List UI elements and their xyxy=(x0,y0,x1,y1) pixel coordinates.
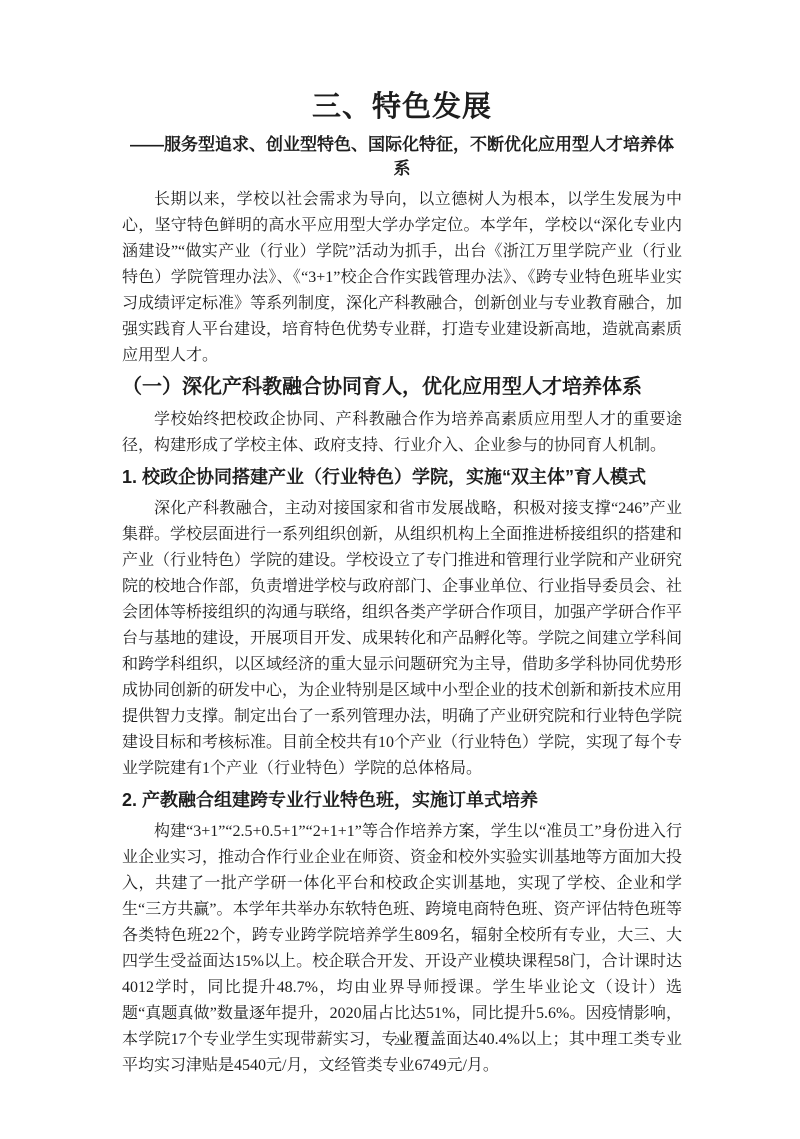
subsection-1-paragraph: 深化产科教融合，主动对接国家和省市发展战略，积极对接支撑“246”产业集群。学校… xyxy=(122,496,682,782)
intro-paragraph: 长期以来，学校以社会需求为导向，以立德树人为根本，以学生发展为中心，坚守特色鲜明… xyxy=(122,187,682,369)
document-page: 三、特色发展 ——服务型追求、创业型特色、国际化特征，不断优化应用型人才培养体系… xyxy=(0,0,800,1139)
section-1-lead-paragraph: 学校始终把校政企协同、产科教融合作为培养高素质应用型人才的重要途径，构建形成了学… xyxy=(122,407,682,459)
subsection-2-heading: 2. 产教融合组建跨专业行业特色班，实施订单式培养 xyxy=(122,787,682,813)
section-1-heading: （一）深化产科教融合协同育人，优化应用型人才培养体系 xyxy=(122,373,682,401)
chapter-title: 三、特色发展 xyxy=(122,90,682,125)
subsection-1-heading: 1. 校政企协同搭建产业（行业特色）学院，实施“双主体”育人模式 xyxy=(122,464,682,490)
page-number: 29 xyxy=(0,1034,800,1049)
chapter-subtitle: ——服务型追求、创业型特色、国际化特征，不断优化应用型人才培养体系 xyxy=(122,133,682,181)
